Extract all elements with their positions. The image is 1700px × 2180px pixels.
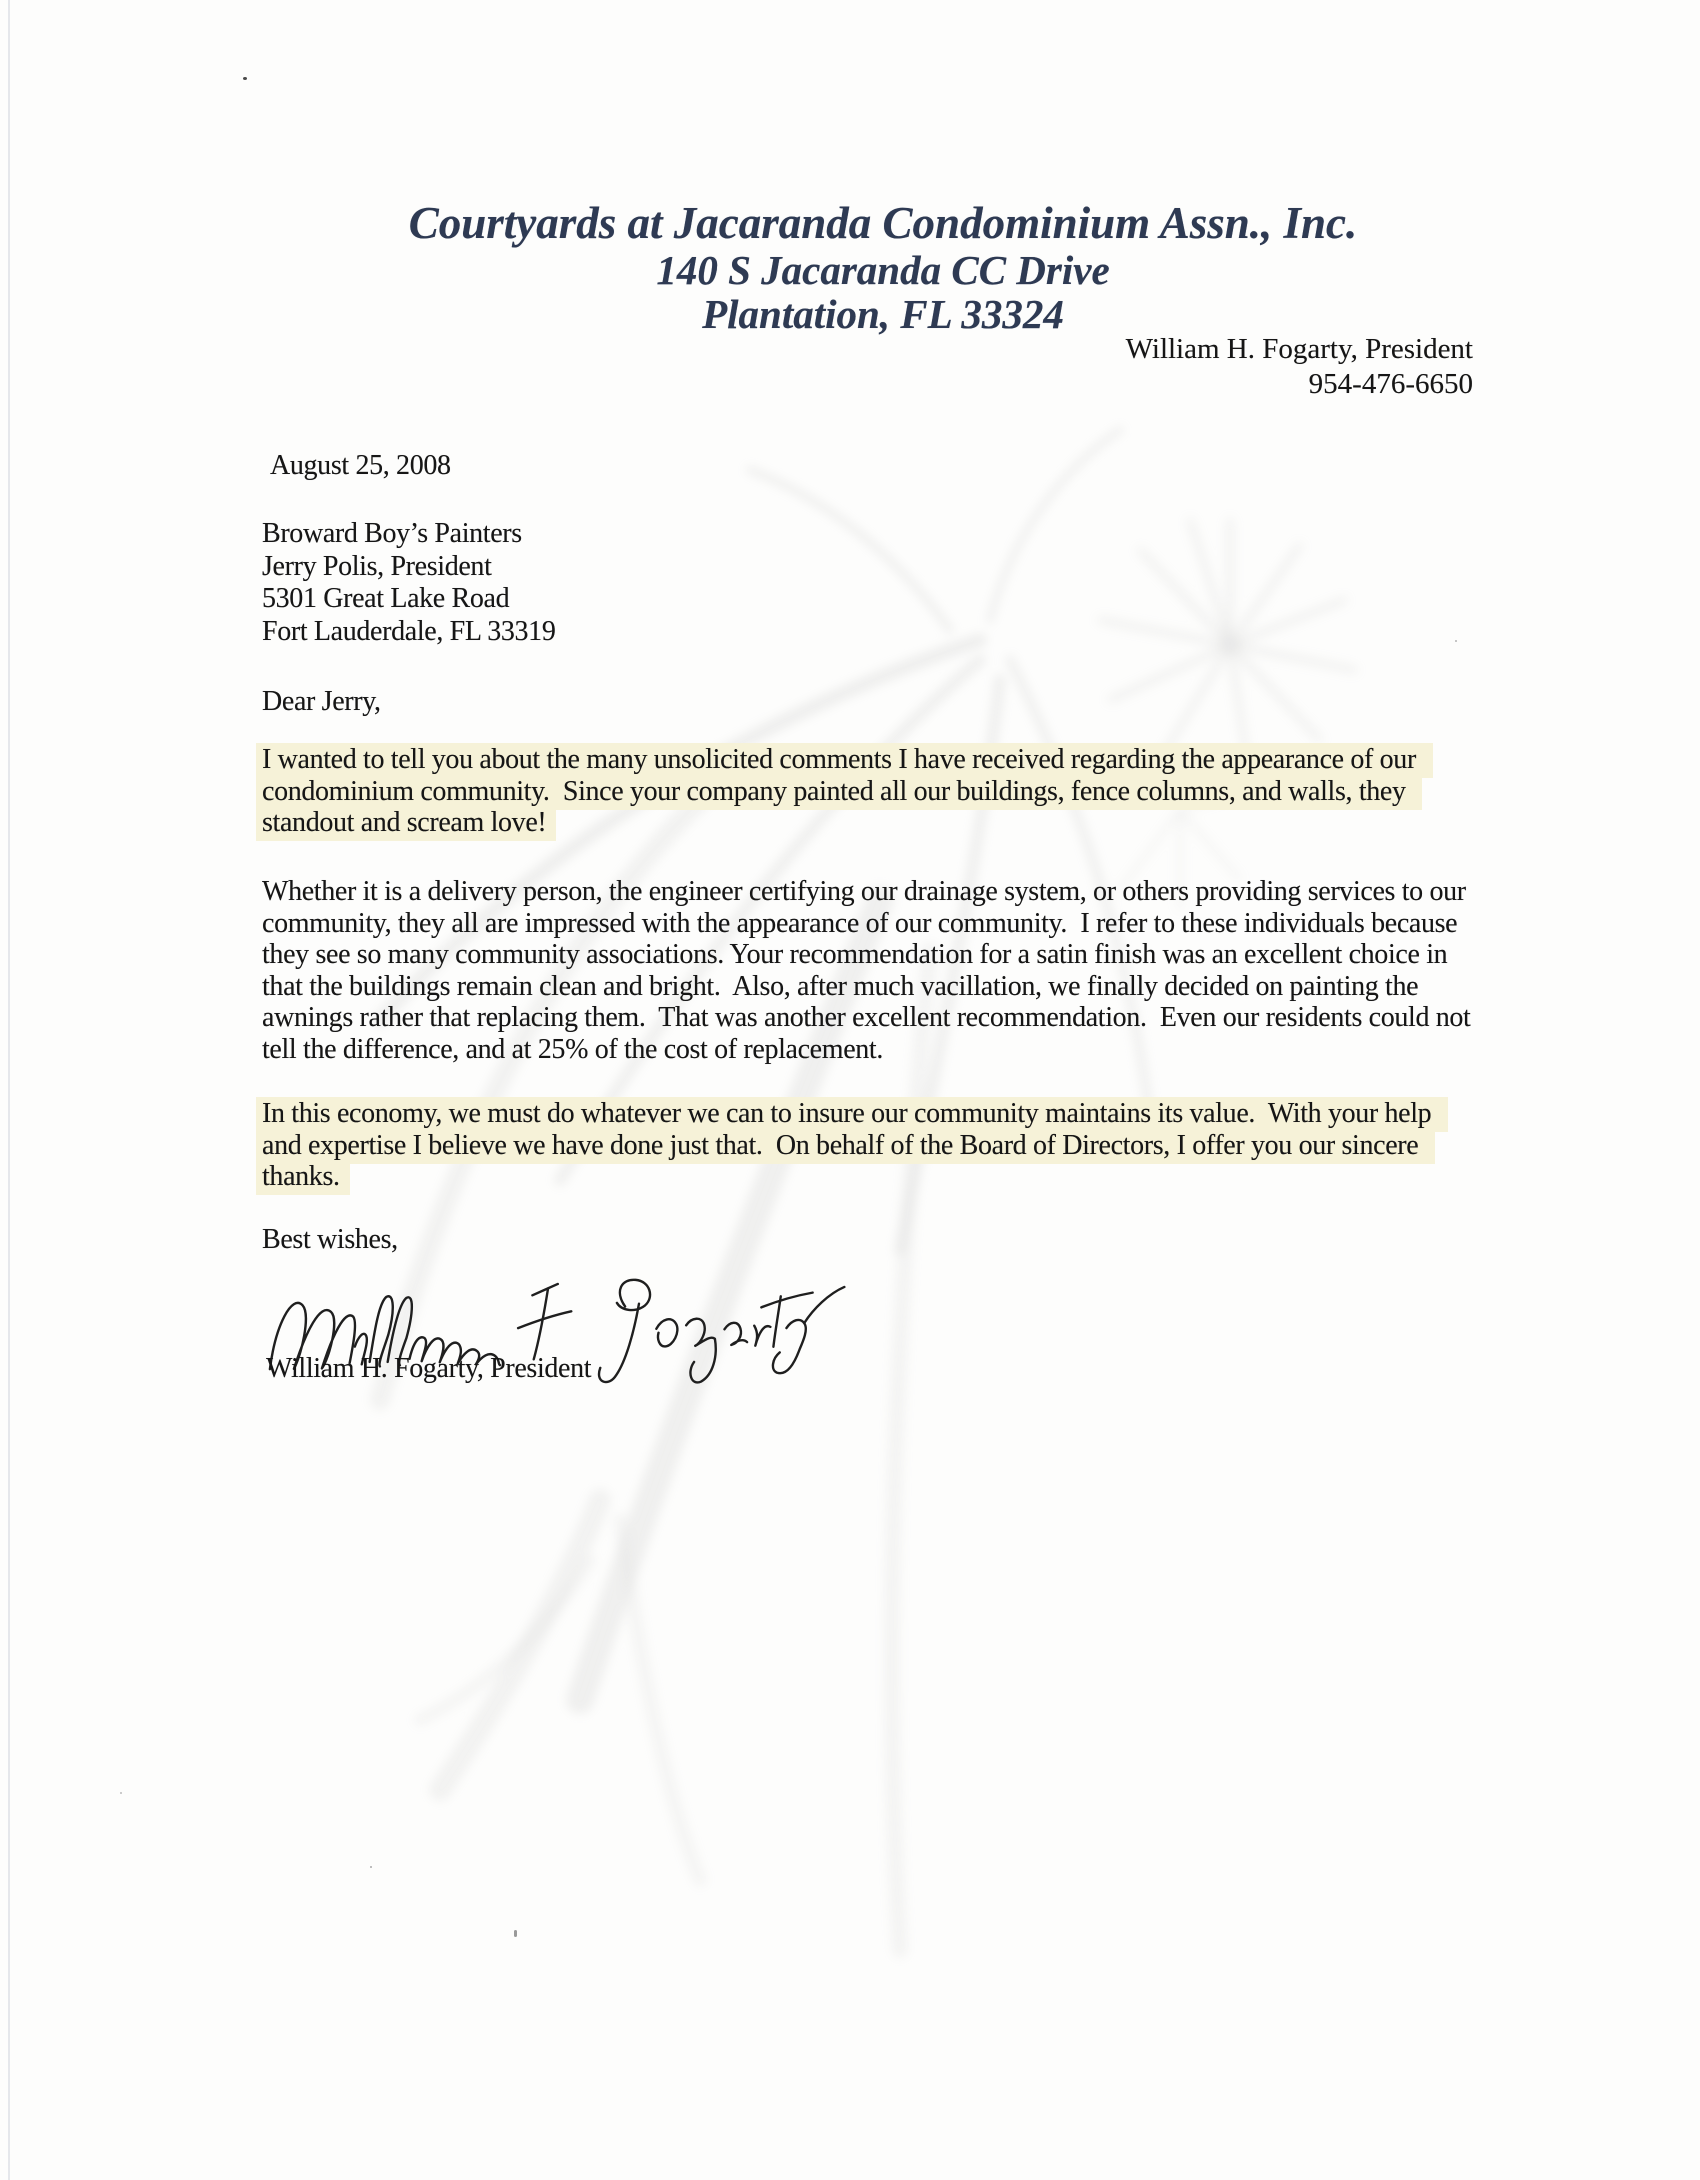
scan-speck xyxy=(514,1930,517,1937)
closing: Best wishes, xyxy=(262,1224,398,1256)
scan-speck xyxy=(1455,640,1457,642)
salutation: Dear Jerry, xyxy=(262,686,381,718)
recipient-name: Jerry Polis, President xyxy=(262,551,555,584)
paragraph-2: Whether it is a delivery person, the eng… xyxy=(256,876,1472,1065)
paragraph-3-text: In this economy, we must do whatever we … xyxy=(256,1097,1448,1195)
paragraph-3: In this economy, we must do whatever we … xyxy=(256,1098,1472,1193)
contact-block: William H. Fogarty, President 954-476-66… xyxy=(1126,332,1473,402)
paragraph-1: I wanted to tell you about the many unso… xyxy=(256,744,1472,839)
org-address-line2: Plantation, FL 33324 xyxy=(33,292,1700,336)
letter-date: August 25, 2008 xyxy=(270,450,451,482)
scan-edge-artifact xyxy=(8,0,10,2180)
scan-speck xyxy=(370,1866,372,1868)
recipient-street: 5301 Great Lake Road xyxy=(262,583,555,616)
recipient-company: Broward Boy’s Painters xyxy=(262,518,555,551)
recipient-city: Fort Lauderdale, FL 33319 xyxy=(262,616,555,649)
signer-name: William H. Fogarty, President xyxy=(266,1353,591,1385)
contact-name: William H. Fogarty, President xyxy=(1126,332,1473,367)
paragraph-1-text: I wanted to tell you about the many unso… xyxy=(256,743,1433,841)
letterhead: Courtyards at Jacaranda Condominium Assn… xyxy=(33,198,1700,336)
scan-speck xyxy=(120,1792,122,1794)
paragraph-2-text: Whether it is a delivery person, the eng… xyxy=(256,875,1487,1068)
recipient-block: Broward Boy’s Painters Jerry Polis, Pres… xyxy=(262,518,555,648)
org-name: Courtyards at Jacaranda Condominium Assn… xyxy=(33,198,1700,248)
scan-speck xyxy=(243,77,247,80)
contact-phone: 954-476-6650 xyxy=(1126,367,1473,402)
letter-page: Courtyards at Jacaranda Condominium Assn… xyxy=(0,0,1700,2180)
org-address-line1: 140 S Jacaranda CC Drive xyxy=(33,248,1700,292)
